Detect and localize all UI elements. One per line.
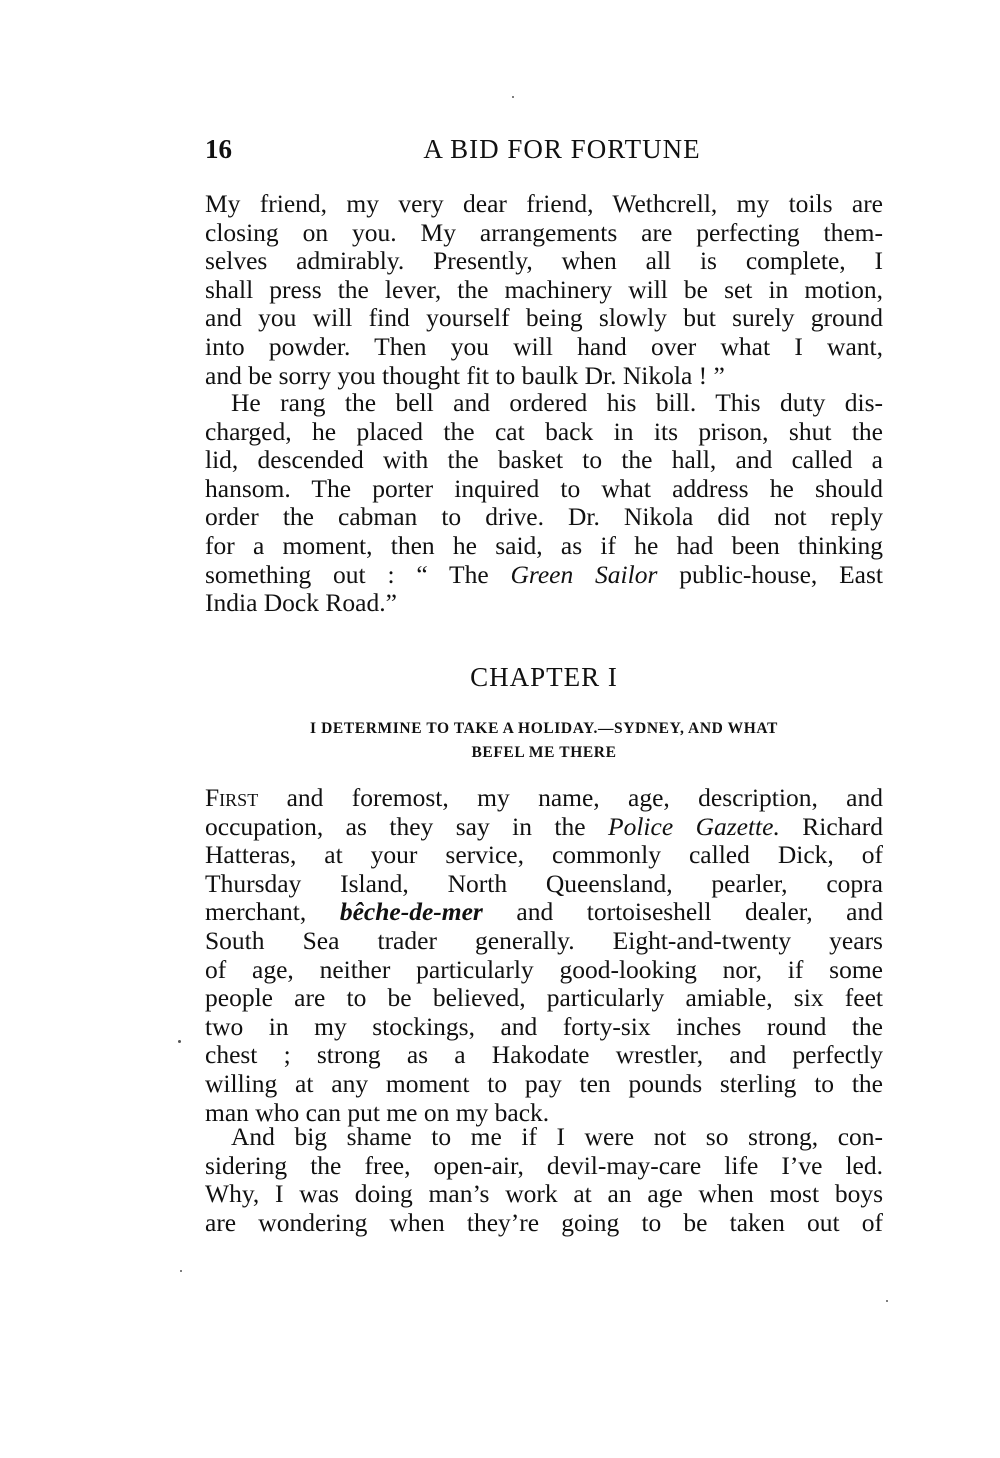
- text-line: order the cabman to drive. Dr. Nikola di…: [205, 503, 883, 532]
- text-line: hansom. The porter inquired to what addr…: [205, 475, 883, 504]
- text-line: and be sorry you thought fit to baulk Dr…: [205, 362, 883, 391]
- book-page: 16 A BID FOR FORTUNE My friend, my very …: [0, 0, 1000, 1458]
- paragraph-1: My friend, my very dear friend, Wethcrel…: [205, 190, 883, 390]
- text-line: something out : “ The Green Sailor publi…: [205, 561, 883, 590]
- text-line: First and foremost, my name, age, descri…: [205, 784, 883, 813]
- paragraph-3: First and foremost, my name, age, descri…: [205, 784, 883, 1127]
- text-line: Why, I was doing man’s work at an age wh…: [205, 1180, 883, 1209]
- text-line: for a moment, then he said, as if he had…: [205, 532, 883, 561]
- drop-word: First: [205, 783, 258, 812]
- text-line: South Sea trader generally. Eight-and-tw…: [205, 927, 883, 956]
- text-line: are wondering when they’re going to be t…: [205, 1209, 883, 1238]
- italic-pub-name: Green Sailor: [510, 560, 657, 589]
- text-line: and you will find yourself being slowly …: [205, 304, 883, 333]
- text-line: charged, he placed the cat back in its p…: [205, 418, 883, 447]
- text-line: India Dock Road.”: [205, 589, 883, 618]
- chapter-heading: CHAPTER I: [205, 662, 883, 693]
- scan-speck: [178, 1040, 181, 1043]
- paragraph-4: And big shame to me if I were not so str…: [205, 1123, 883, 1237]
- text-line: willing at any moment to pay ten pounds …: [205, 1070, 883, 1099]
- text-line: two in my stockings, and forty-six inche…: [205, 1013, 883, 1042]
- text-line: Hatteras, at your service, commonly call…: [205, 841, 883, 870]
- text-line: into powder. Then you will hand over wha…: [205, 333, 883, 362]
- page-header: 16 A BID FOR FORTUNE: [205, 134, 883, 168]
- text-line: shall press the lever, the machinery wil…: [205, 276, 883, 305]
- text-line: closing on you. My arrangements are perf…: [205, 219, 883, 248]
- text-line: people are to be believed, particularly …: [205, 984, 883, 1013]
- running-title: A BID FOR FORTUNE: [205, 134, 883, 165]
- text-line: He rang the bell and ordered his bill. T…: [205, 389, 883, 418]
- text-line: My friend, my very dear friend, Wethcrel…: [205, 190, 883, 219]
- text-line: merchant, bêche-de-mer and tortoiseshell…: [205, 898, 883, 927]
- text-line: of age, neither particularly good-lookin…: [205, 956, 883, 985]
- text-line: Thursday Island, North Queensland, pearl…: [205, 870, 883, 899]
- text-line: lid, descended with the basket to the ha…: [205, 446, 883, 475]
- text-line: And big shame to me if I were not so str…: [205, 1123, 883, 1152]
- scan-speck: [180, 1270, 182, 1272]
- scan-speck: [886, 1300, 888, 1302]
- chapter-subtitle: I DETERMINE TO TAKE A HOLIDAY.—SYDNEY, A…: [205, 717, 883, 765]
- text-line: selves admirably. Presently, when all is…: [205, 247, 883, 276]
- scan-speck: [512, 96, 514, 98]
- paragraph-2: He rang the bell and ordered his bill. T…: [205, 389, 883, 618]
- text-line: occupation, as they say in the Police Ga…: [205, 813, 883, 842]
- text-line: sidering the free, open-air, devil-may-c…: [205, 1152, 883, 1181]
- text-line: chest ; strong as a Hakodate wrestler, a…: [205, 1041, 883, 1070]
